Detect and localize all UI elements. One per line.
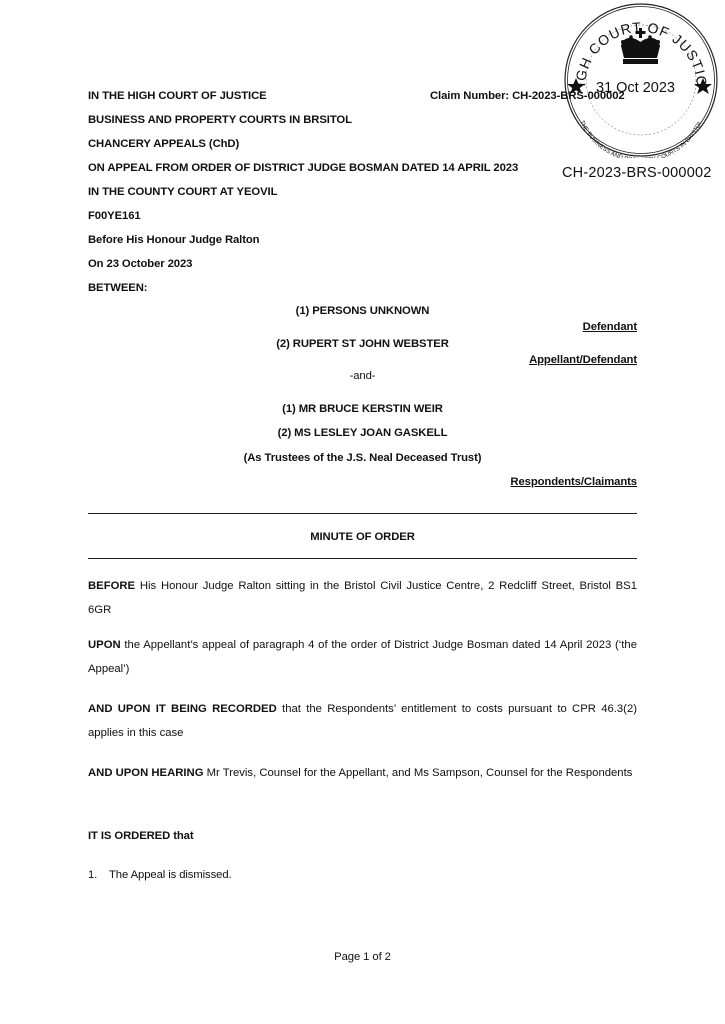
party-role-respondents: Respondents/Claimants [510, 475, 637, 489]
recital-text: Mr Trevis, Counsel for the Appellant, an… [203, 767, 632, 779]
recital-text: the Appellant’s appeal of paragraph 4 of… [88, 639, 637, 675]
order-title: MINUTE OF ORDER [0, 530, 725, 544]
recital-hearing: AND UPON HEARING Mr Trevis, Counsel for … [88, 761, 637, 785]
hearing-date: On 23 October 2023 [88, 257, 192, 271]
title-rule-top [88, 513, 637, 514]
party-defendant-1: (1) PERSONS UNKNOWN [0, 304, 725, 318]
recital-lead: AND UPON IT BEING RECORDED [88, 703, 277, 715]
between-label: BETWEEN: [88, 281, 147, 295]
party-defendant-2: (2) RUPERT ST JOHN WEBSTER [0, 337, 725, 351]
recital-upon: UPON the Appellant’s appeal of paragraph… [88, 633, 637, 681]
appeal-from: ON APPEAL FROM ORDER OF DISTRICT JUDGE B… [88, 161, 518, 175]
lower-court-ref: F00YE161 [88, 209, 141, 223]
recital-lead: BEFORE [88, 580, 135, 592]
lower-court: IN THE COUNTY COURT AT YEOVIL [88, 185, 277, 199]
court-list: CHANCERY APPEALS (ChD) [88, 137, 239, 151]
court-name: IN THE HIGH COURT OF JUSTICE [88, 89, 267, 103]
trustees-note: (As Trustees of the J.S. Neal Deceased T… [0, 451, 725, 465]
recital-lead: UPON [88, 639, 121, 651]
party-respondent-2: (2) MS LESLEY JOAN GASKELL [0, 426, 725, 440]
party-role-appellant: Appellant/Defendant [529, 353, 637, 367]
order-item-text: The Appeal is dismissed. [109, 868, 232, 882]
seal-claim-number: CH-2023-BRS-000002 [562, 165, 712, 181]
it-is-ordered: IT IS ORDERED that [88, 829, 194, 843]
party-role-defendant: Defendant [583, 320, 637, 334]
claim-number: Claim Number: CH-2023-BRS-000002 [430, 89, 625, 103]
title-rule-bottom [88, 558, 637, 559]
page-number: Page 1 of 2 [0, 950, 725, 964]
recital-text: His Honour Judge Ralton sitting in the B… [88, 580, 637, 616]
order-number: 1. [88, 868, 97, 882]
recital-recorded: AND UPON IT BEING RECORDED that the Resp… [88, 697, 637, 745]
before-judge: Before His Honour Judge Ralton [88, 233, 259, 247]
document-page: HIGH COURT OF JUSTICE THE BUSINESS AND P… [0, 0, 725, 1024]
recital-lead: AND UPON HEARING [88, 767, 203, 779]
recital-before: BEFORE His Honour Judge Ralton sitting i… [88, 574, 637, 622]
and-separator: -and- [0, 369, 725, 383]
party-respondent-1: (1) MR BRUCE KERSTIN WEIR [0, 402, 725, 416]
court-division: BUSINESS AND PROPERTY COURTS IN BRSITOL [88, 113, 352, 127]
